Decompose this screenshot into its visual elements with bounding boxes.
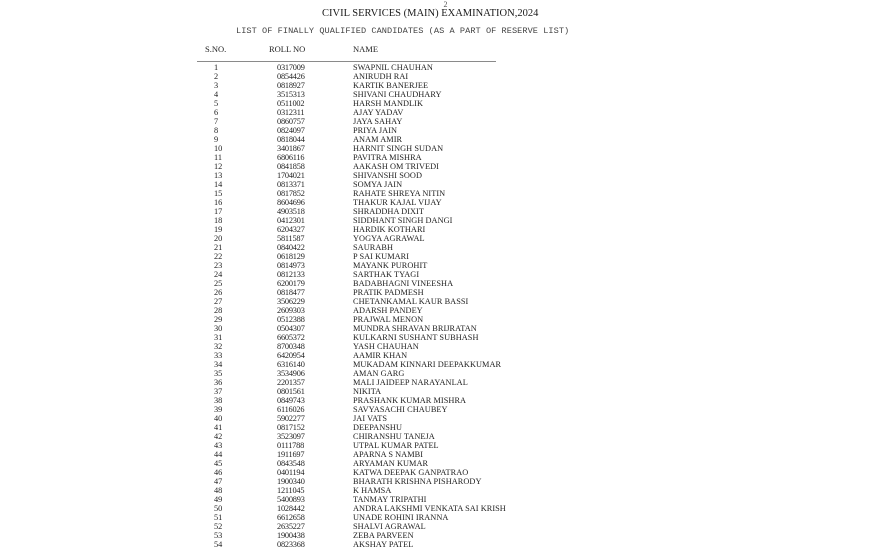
candidate-name: MUKADAM KINNARI DEEPAKKUMAR — [353, 360, 501, 369]
roll-number: 1211045 — [277, 486, 304, 495]
roll-number: 5902277 — [277, 414, 305, 423]
roll-number: 5811587 — [277, 234, 304, 243]
table-row: 501028442ANDRA LAKSHMI VENKATA SAI KRISH — [0, 504, 889, 513]
candidate-name: SHIVANSHI SOOD — [353, 171, 422, 180]
table-row: 103401867HARNIT SINGH SUDAN — [0, 144, 889, 153]
table-row: 240812133SARTHAK TYAGI — [0, 270, 889, 279]
candidate-name: NIKITA — [353, 387, 381, 396]
roll-number: 0818044 — [277, 135, 305, 144]
serial-number: 27 — [214, 297, 234, 306]
table-row: 174903518SHRADDHA DIXIT — [0, 207, 889, 216]
candidate-name: P SAI KUMARI — [353, 252, 409, 261]
candidate-name: PRASHANK KUMAR MISHRA — [353, 396, 466, 405]
table-row: 516612658UNADE ROHINI IRANNA — [0, 513, 889, 522]
serial-number: 24 — [214, 270, 234, 279]
roll-number: 0843548 — [277, 459, 305, 468]
table-row: 140813371SOMYA JAIN — [0, 180, 889, 189]
candidate-name: SWAPNIL CHAUHAN — [353, 63, 433, 72]
roll-number: 0111788 — [277, 441, 304, 450]
roll-number: 4903518 — [277, 207, 305, 216]
serial-number: 40 — [214, 414, 234, 423]
table-row: 423523097CHIRANSHU TANEJA — [0, 432, 889, 441]
serial-number: 9 — [214, 135, 234, 144]
candidate-name: BHARATH KRISHNA PISHARODY — [353, 477, 482, 486]
serial-number: 28 — [214, 306, 234, 315]
serial-number: 53 — [214, 531, 234, 540]
column-header-roll-no: ROLL NO — [269, 44, 305, 54]
table-row: 205811587YOGYA AGRAWAL — [0, 234, 889, 243]
roll-number: 1028442 — [277, 504, 305, 513]
table-row: 300504307MUNDRA SHRAVAN BRIJRATAN — [0, 324, 889, 333]
roll-number: 0854426 — [277, 72, 305, 81]
roll-number: 0814973 — [277, 261, 305, 270]
table-row: 256200179BADABHAGNI VINEESHA — [0, 279, 889, 288]
serial-number: 20 — [214, 234, 234, 243]
table-row: 20854426ANIRUDH RAI — [0, 72, 889, 81]
candidate-name: RAHATE SHREYA NITIN — [353, 189, 445, 198]
candidate-name: PRATIK PADMESH — [353, 288, 424, 297]
table-row: 80824097PRIYA JAIN — [0, 126, 889, 135]
serial-number: 6 — [214, 108, 234, 117]
roll-number: 2609303 — [277, 306, 305, 315]
candidate-table: 10317009SWAPNIL CHAUHAN20854426ANIRUDH R… — [0, 63, 889, 549]
roll-number: 0618129 — [277, 252, 305, 261]
candidate-name: PRIYA JAIN — [353, 126, 397, 135]
serial-number: 22 — [214, 252, 234, 261]
candidate-name: HARDIK KOTHARI — [353, 225, 425, 234]
roll-number: 6200179 — [277, 279, 305, 288]
candidate-name: UTPAL KUMAR PATEL — [353, 441, 439, 450]
serial-number: 15 — [214, 189, 234, 198]
serial-number: 51 — [214, 513, 234, 522]
candidate-name: AMAN GARG — [353, 369, 404, 378]
table-row: 150817852RAHATE SHREYA NITIN — [0, 189, 889, 198]
serial-number: 14 — [214, 180, 234, 189]
table-row: 273506229CHETANKAMAL KAUR BASSI — [0, 297, 889, 306]
roll-number: 0512388 — [277, 315, 305, 324]
candidate-name: AKSHAY PATEL — [353, 540, 413, 549]
roll-number: 0817152 — [277, 423, 305, 432]
table-row: 362201357MALI JAIDEEP NARAYANLAL — [0, 378, 889, 387]
serial-number: 31 — [214, 333, 234, 342]
table-row: 396116026SAVYASACHI CHAUBEY — [0, 405, 889, 414]
document-title: CIVIL SERVICES (MAIN) EXAMINATION,2024 — [322, 8, 538, 20]
table-row: 90818044ANAM AMIR — [0, 135, 889, 144]
candidate-name: CHIRANSHU TANEJA — [353, 432, 435, 441]
candidate-name: KULKARNI SUSHANT SUBHASH — [353, 333, 479, 342]
candidate-name: YOGYA AGRAWAL — [353, 234, 425, 243]
serial-number: 10 — [214, 144, 234, 153]
roll-number: 2635227 — [277, 522, 305, 531]
serial-number: 52 — [214, 522, 234, 531]
roll-number: 3401867 — [277, 144, 305, 153]
candidate-name: MALI JAIDEEP NARAYANLAL — [353, 378, 468, 387]
candidate-name: SARTHAK TYAGI — [353, 270, 419, 279]
roll-number: 0818477 — [277, 288, 305, 297]
table-row: 260818477PRATIK PADMESH — [0, 288, 889, 297]
table-row: 410817152DEEPANSHU — [0, 423, 889, 432]
serial-number: 21 — [214, 243, 234, 252]
roll-number: 0841858 — [277, 162, 305, 171]
serial-number: 41 — [214, 423, 234, 432]
table-row: 336420954AAMIR KHAN — [0, 351, 889, 360]
table-row: 131704021SHIVANSHI SOOD — [0, 171, 889, 180]
serial-number: 42 — [214, 432, 234, 441]
candidate-name: HARNIT SINGH SUDAN — [353, 144, 443, 153]
table-row: 316605372KULKARNI SUSHANT SUBHASH — [0, 333, 889, 342]
candidate-name: MAYANK PUROHIT — [353, 261, 427, 270]
roll-number: 2201357 — [277, 378, 305, 387]
roll-number: 0504307 — [277, 324, 305, 333]
candidate-name: BADABHAGNI VINEESHA — [353, 279, 453, 288]
roll-number: 1704021 — [277, 171, 305, 180]
table-row: 196204327HARDIK KOTHARI — [0, 225, 889, 234]
roll-number: 1900438 — [277, 531, 305, 540]
table-row: 471900340BHARATH KRISHNA PISHARODY — [0, 477, 889, 486]
roll-number: 0824097 — [277, 126, 305, 135]
table-row: 50511002HARSH MANDLIK — [0, 99, 889, 108]
roll-number: 6204327 — [277, 225, 305, 234]
candidate-name: SHRADDHA DIXIT — [353, 207, 424, 216]
serial-number: 34 — [214, 360, 234, 369]
candidate-name: AJAY YADAV — [353, 108, 403, 117]
serial-number: 23 — [214, 261, 234, 270]
candidate-name: ANDRA LAKSHMI VENKATA SAI KRISH — [353, 504, 506, 513]
serial-number: 29 — [214, 315, 234, 324]
table-row: 450843548ARYAMAN KUMAR — [0, 459, 889, 468]
serial-number: 48 — [214, 486, 234, 495]
serial-number: 30 — [214, 324, 234, 333]
roll-number: 0812133 — [277, 270, 305, 279]
serial-number: 38 — [214, 396, 234, 405]
table-row: 168604696THAKUR KAJAL VIJAY — [0, 198, 889, 207]
table-row: 220618129P SAI KUMARI — [0, 252, 889, 261]
roll-number: 0840422 — [277, 243, 305, 252]
table-row: 282609303ADARSH PANDEY — [0, 306, 889, 315]
candidate-name: KARTIK BANERJEE — [353, 81, 428, 90]
serial-number: 4 — [214, 90, 234, 99]
candidate-name: CHETANKAMAL KAUR BASSI — [353, 297, 468, 306]
candidate-name: SIDDHANT SINGH DANGI — [353, 216, 453, 225]
table-row: 60312311AJAY YADAV — [0, 108, 889, 117]
candidate-name: TANMAY TRIPATHI — [353, 495, 426, 504]
roll-number: 3515313 — [277, 90, 305, 99]
table-row: 460401194KATWA DEEPAK GANPATRAO — [0, 468, 889, 477]
serial-number: 45 — [214, 459, 234, 468]
roll-number: 6316140 — [277, 360, 305, 369]
serial-number: 36 — [214, 378, 234, 387]
serial-number: 44 — [214, 450, 234, 459]
roll-number: 5400893 — [277, 495, 305, 504]
candidate-name: DEEPANSHU — [353, 423, 402, 432]
serial-number: 26 — [214, 288, 234, 297]
table-row: 180412301SIDDHANT SINGH DANGI — [0, 216, 889, 225]
table-row: 210840422SAURABH — [0, 243, 889, 252]
serial-number: 35 — [214, 369, 234, 378]
table-row: 120841858AAKASH OM TRIVEDI — [0, 162, 889, 171]
table-row: 353534906AMAN GARG — [0, 369, 889, 378]
serial-number: 5 — [214, 99, 234, 108]
table-row: 531900438ZEBA PARVEEN — [0, 531, 889, 540]
candidate-name: ZEBA PARVEEN — [353, 531, 414, 540]
roll-number: 0860757 — [277, 117, 305, 126]
roll-number: 0817852 — [277, 189, 305, 198]
roll-number: 0511002 — [277, 99, 304, 108]
roll-number: 0312311 — [277, 108, 304, 117]
serial-number: 19 — [214, 225, 234, 234]
table-row: 116806116PAVITRA MISHRA — [0, 153, 889, 162]
candidate-name: AAMIR KHAN — [353, 351, 407, 360]
serial-number: 12 — [214, 162, 234, 171]
serial-number: 17 — [214, 207, 234, 216]
roll-number: 6612658 — [277, 513, 305, 522]
roll-number: 8604696 — [277, 198, 305, 207]
serial-number: 39 — [214, 405, 234, 414]
roll-number: 6605372 — [277, 333, 305, 342]
roll-number: 6806116 — [277, 153, 304, 162]
candidate-name: HARSH MANDLIK — [353, 99, 423, 108]
roll-number: 3534906 — [277, 369, 305, 378]
table-row: 405902277JAI VATS — [0, 414, 889, 423]
roll-number: 6420954 — [277, 351, 305, 360]
serial-number: 43 — [214, 441, 234, 450]
serial-number: 32 — [214, 342, 234, 351]
table-row: 10317009SWAPNIL CHAUHAN — [0, 63, 889, 72]
candidate-name: THAKUR KAJAL VIJAY — [353, 198, 442, 207]
candidate-name: AAKASH OM TRIVEDI — [353, 162, 439, 171]
roll-number: 0813371 — [277, 180, 305, 189]
table-row: 30818927KARTIK BANERJEE — [0, 81, 889, 90]
candidate-name: YASH CHAUHAN — [353, 342, 419, 351]
candidate-name: APARNA S NAMBI — [353, 450, 423, 459]
serial-number: 2 — [214, 72, 234, 81]
candidate-name: K HAMSA — [353, 486, 391, 495]
column-header-name: NAME — [353, 44, 378, 54]
candidate-name: SOMYA JAIN — [353, 180, 402, 189]
roll-number: 0412301 — [277, 216, 305, 225]
candidate-name: MUNDRA SHRAVAN BRIJRATAN — [353, 324, 477, 333]
roll-number: 3506229 — [277, 297, 305, 306]
roll-number: 3523097 — [277, 432, 305, 441]
roll-number: 0317009 — [277, 63, 305, 72]
roll-number: 0823368 — [277, 540, 305, 549]
serial-number: 46 — [214, 468, 234, 477]
serial-number: 37 — [214, 387, 234, 396]
serial-number: 33 — [214, 351, 234, 360]
candidate-name: SAURABH — [353, 243, 393, 252]
serial-number: 25 — [214, 279, 234, 288]
roll-number: 0401194 — [277, 468, 304, 477]
serial-number: 18 — [214, 216, 234, 225]
table-row: 346316140MUKADAM KINNARI DEEPAKKUMAR — [0, 360, 889, 369]
table-row: 290512388PRAJWAL MENON — [0, 315, 889, 324]
table-row: 370801561NIKITA — [0, 387, 889, 396]
candidate-name: ARYAMAN KUMAR — [353, 459, 428, 468]
table-row: 380849743PRASHANK KUMAR MISHRA — [0, 396, 889, 405]
candidate-name: SHALVI AGRAWAL — [353, 522, 426, 531]
roll-number: 8700348 — [277, 342, 305, 351]
column-header-sno: S.NO. — [205, 44, 226, 54]
candidate-name: PRAJWAL MENON — [353, 315, 423, 324]
table-row: 43515313SHIVANI CHAUDHARY — [0, 90, 889, 99]
serial-number: 16 — [214, 198, 234, 207]
roll-number: 0818927 — [277, 81, 305, 90]
serial-number: 13 — [214, 171, 234, 180]
table-row: 430111788UTPAL KUMAR PATEL — [0, 441, 889, 450]
candidate-name: ANAM AMIR — [353, 135, 402, 144]
serial-number: 49 — [214, 495, 234, 504]
table-row: 495400893TANMAY TRIPATHI — [0, 495, 889, 504]
serial-number: 54 — [214, 540, 234, 549]
serial-number: 7 — [214, 117, 234, 126]
candidate-name: ANIRUDH RAI — [353, 72, 408, 81]
table-row: 481211045K HAMSA — [0, 486, 889, 495]
document-subtitle: LIST OF FINALLY QUALIFIED CANDIDATES (AS… — [236, 26, 569, 36]
table-row: 540823368AKSHAY PATEL — [0, 540, 889, 549]
serial-number: 11 — [214, 153, 234, 162]
roll-number: 6116026 — [277, 405, 304, 414]
table-row: 70860757JAYA SAHAY — [0, 117, 889, 126]
candidate-name: SAVYASACHI CHAUBEY — [353, 405, 448, 414]
candidate-name: KATWA DEEPAK GANPATRAO — [353, 468, 468, 477]
serial-number: 8 — [214, 126, 234, 135]
candidate-name: JAI VATS — [353, 414, 387, 423]
roll-number: 0801561 — [277, 387, 305, 396]
roll-number: 1900340 — [277, 477, 305, 486]
candidate-name: SHIVANI CHAUDHARY — [353, 90, 442, 99]
candidate-name: UNADE ROHINI IRANNA — [353, 513, 448, 522]
table-row: 328700348YASH CHAUHAN — [0, 342, 889, 351]
table-row: 522635227SHALVI AGRAWAL — [0, 522, 889, 531]
candidate-name: ADARSH PANDEY — [353, 306, 423, 315]
candidate-name: PAVITRA MISHRA — [353, 153, 422, 162]
serial-number: 1 — [214, 63, 234, 72]
candidate-name: JAYA SAHAY — [353, 117, 402, 126]
table-row: 441911697APARNA S NAMBI — [0, 450, 889, 459]
roll-number: 1911697 — [277, 450, 304, 459]
serial-number: 50 — [214, 504, 234, 513]
serial-number: 47 — [214, 477, 234, 486]
serial-number: 3 — [214, 81, 234, 90]
table-row: 230814973MAYANK PUROHIT — [0, 261, 889, 270]
roll-number: 0849743 — [277, 396, 305, 405]
